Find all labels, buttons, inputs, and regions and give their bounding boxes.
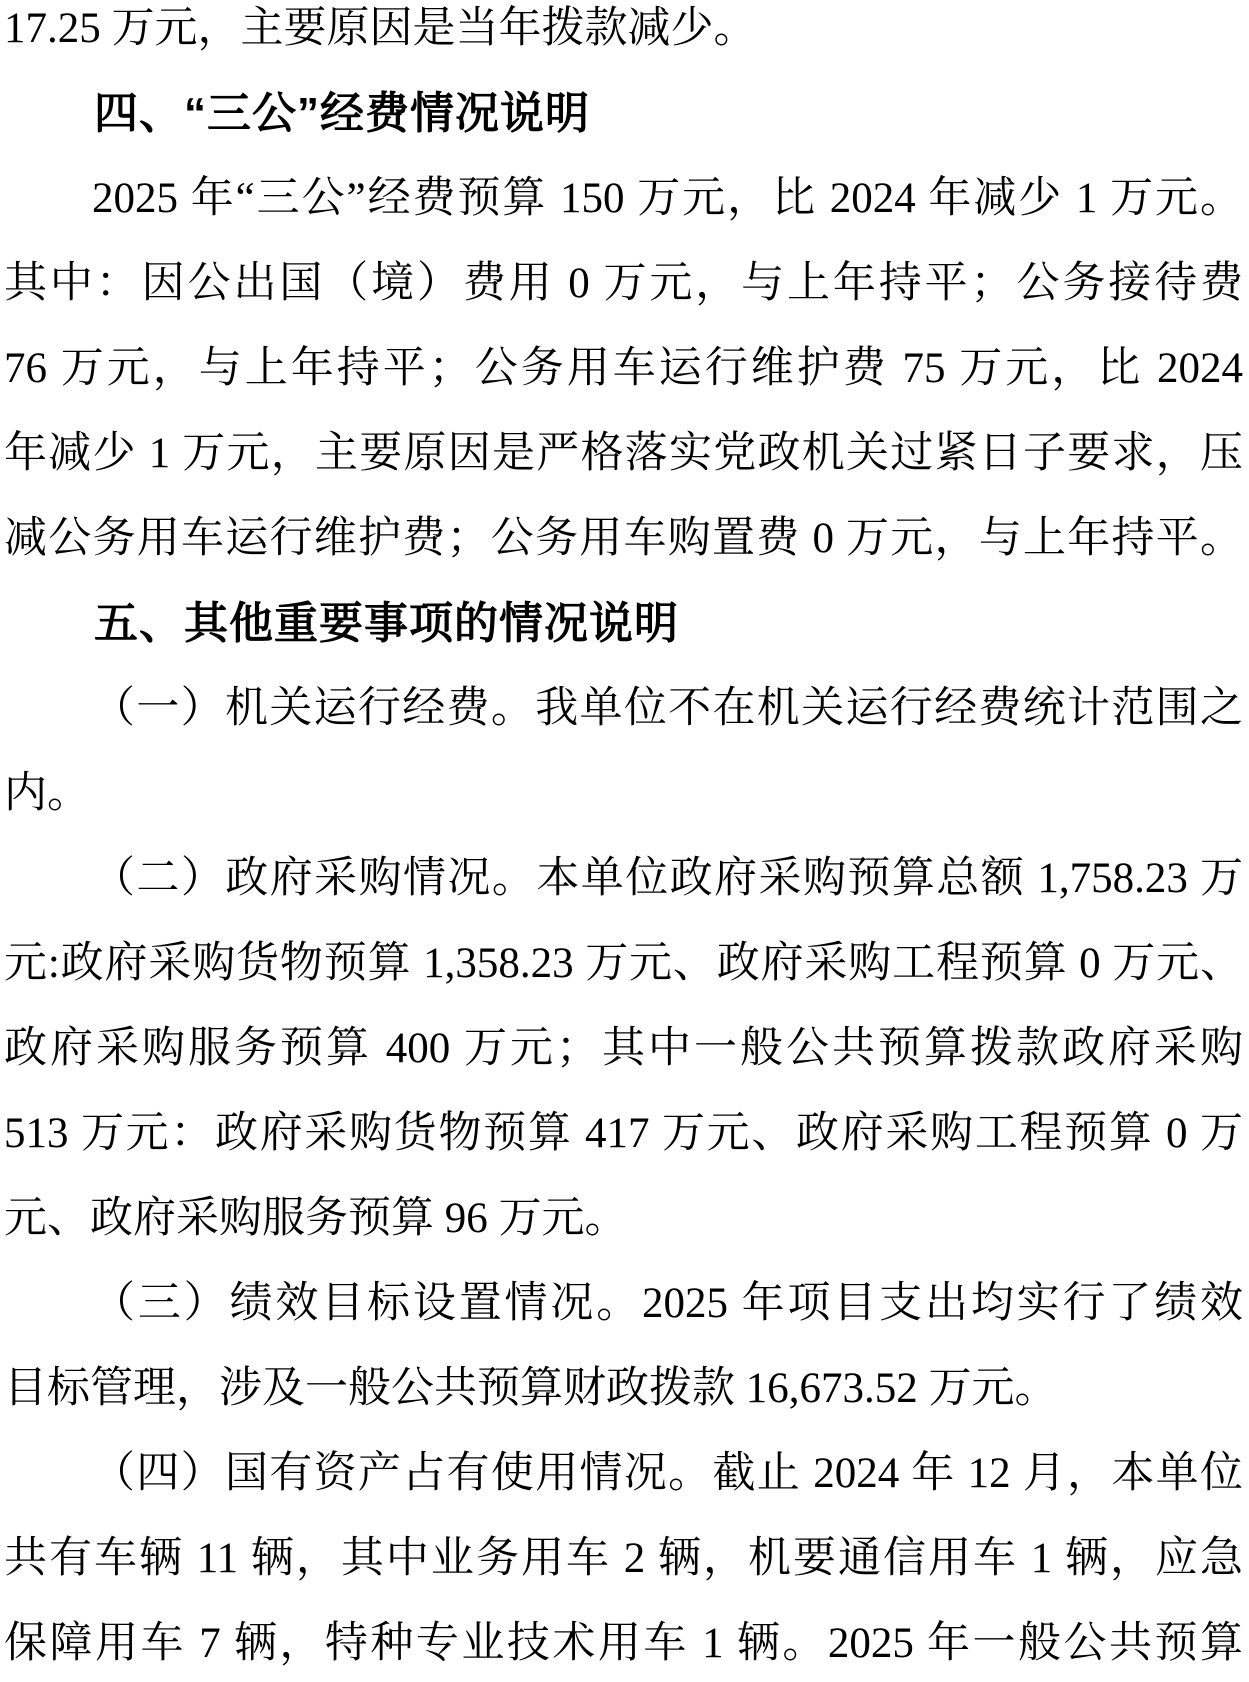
- para-first-line: （四）国有资产占有使用情况。截止 2024 年 12 月，本单位: [4, 1431, 1243, 1516]
- para-first-line: （一）机关运行经费。我单位不在机关运行经费统计范围之: [4, 666, 1243, 751]
- para-body-line: 减公务用车运行维护费；公务用车购置费 0 万元，与上年持平。: [4, 496, 1243, 581]
- para-tail-line: 目标管理，涉及一般公共预算财政拨款 16,673.52 万元。: [4, 1346, 1243, 1431]
- para-body-line: 年减少 1 万元，主要原因是严格落实党政机关过紧日子要求，压: [4, 411, 1243, 496]
- document-page: 17.25 万元，主要原因是当年拨款减少。 四、“三公”经费情况说明 2025 …: [0, 0, 1249, 1682]
- para-body-line: 共有车辆 11 辆，其中业务用车 2 辆，机要通信用车 1 辆，应急: [4, 1516, 1243, 1601]
- para-first-line: （三）绩效目标设置情况。2025 年项目支出均实行了绩效: [4, 1261, 1243, 1346]
- para-body-line: 513 万元：政府采购货物预算 417 万元、政府采购工程预算 0 万: [4, 1091, 1243, 1176]
- para-tail-line: 内。: [4, 751, 1243, 836]
- para-first-line: （二）政府采购情况。本单位政府采购预算总额 1,758.23 万: [4, 836, 1243, 921]
- para-body-line: 其中：因公出国（境）费用 0 万元，与上年持平；公务接待费: [4, 241, 1243, 326]
- para-body-line: 76 万元，与上年持平；公务用车运行维护费 75 万元，比 2024: [4, 326, 1243, 411]
- para-first-line: 2025 年“三公”经费预算 150 万元，比 2024 年减少 1 万元。: [4, 156, 1243, 241]
- para-body-line: 政府采购服务预算 400 万元；其中一般公共预算拨款政府采购: [4, 1006, 1243, 1091]
- para-tail-line: 元、政府采购服务预算 96 万元。: [4, 1176, 1243, 1261]
- para-tail-line: 17.25 万元，主要原因是当年拨款减少。: [4, 0, 1243, 71]
- heading-section-4: 四、“三公”经费情况说明: [4, 71, 1243, 156]
- document-text-flow: 17.25 万元，主要原因是当年拨款减少。 四、“三公”经费情况说明 2025 …: [4, 0, 1243, 1682]
- para-body-line: 元:政府采购货物预算 1,358.23 万元、政府采购工程预算 0 万元、: [4, 921, 1243, 1006]
- heading-section-5: 五、其他重要事项的情况说明: [4, 581, 1243, 666]
- para-body-line: 保障用车 7 辆，特种专业技术用车 1 辆。2025 年一般公共预算: [4, 1601, 1243, 1682]
